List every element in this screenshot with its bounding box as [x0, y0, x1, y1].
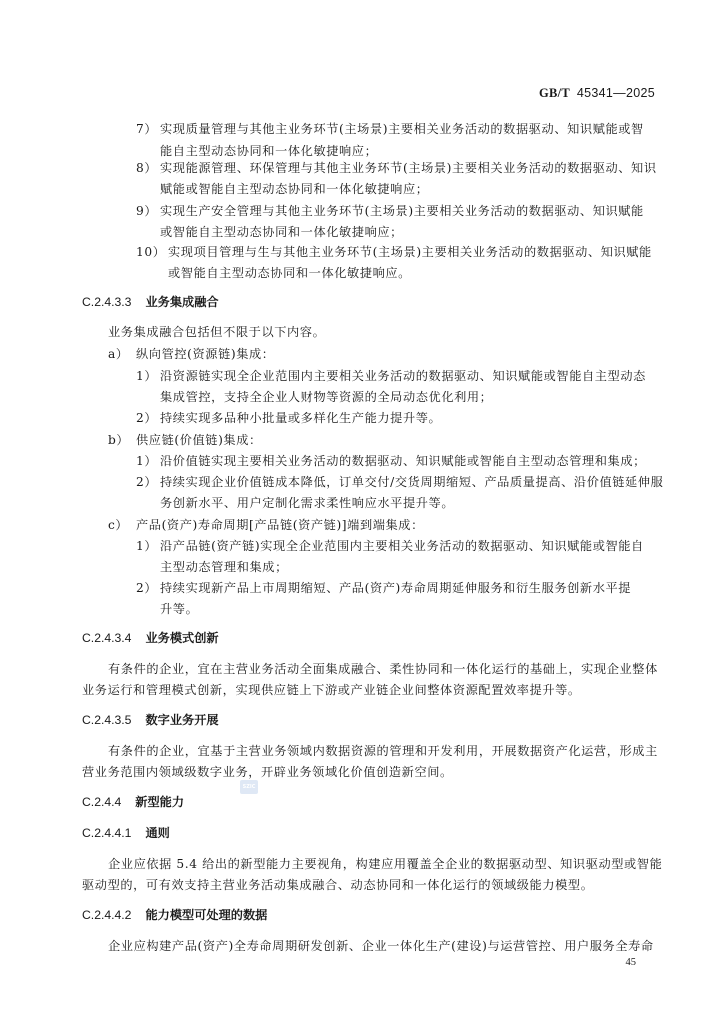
paragraph: 有条件的企业，宜基于主营业务领域内数据资源的管理和开发利用，开展数据资产化运营，… [108, 743, 658, 759]
list-item-8: 8）实现能源管理、环保管理与其他主业务环节(主场景)主要相关业务活动的数据驱动、… [136, 160, 657, 176]
list-item-10-cont: 或智能自主型动态协同和一体化敏捷响应。 [168, 265, 411, 281]
paragraph-cont: 驱动型的，可有效支持主营业务活动集成融合、动态协同和一体化运行的领域级能力模型。 [82, 877, 594, 893]
section-heading-c2442: C.2.4.4.2能力模型可处理的数据 [82, 907, 267, 923]
list-item-a-1: 1）沿资源链实现全企业范围内主要相关业务活动的数据驱动、知识赋能或智能自主型动态 [136, 368, 646, 384]
section-heading-c2433: C.2.4.3.3业务集成融合 [82, 294, 219, 310]
section-heading-c2441: C.2.4.4.1通则 [82, 825, 170, 841]
list-item-7-cont: 能自主型动态协同和一体化敏捷响应； [160, 143, 377, 159]
list-item-c-2-cont: 升等。 [160, 601, 198, 617]
paragraph: 企业应构建产品(资产)全寿命周期研发创新、企业一体化生产(建设)与运营管控、用户… [108, 938, 654, 954]
list-item-a: a）纵向管控(资源链)集成： [108, 346, 275, 362]
standard-header: GB/T 45341—2025 [539, 86, 655, 101]
list-item-9-cont: 或智能自主型动态协同和一体化敏捷响应； [160, 224, 403, 240]
document-page: GB/T 45341—2025 7）实现质量管理与其他主业务环节(主场景)主要相… [0, 0, 727, 1036]
watermark-logo: SZIC [240, 780, 258, 794]
list-item-c: c）产品(资产)寿命周期[产品链(资产链)]端到端集成： [108, 517, 424, 533]
section-heading-c2434: C.2.4.3.4业务模式创新 [82, 630, 219, 646]
standard-prefix: GB/T [539, 86, 570, 100]
list-item-c-1: 1）沿产品链(资产链)实现全企业范围内主要相关业务活动的数据驱动、知识赋能或智能… [136, 538, 644, 554]
list-item-b-2: 2）持续实现企业价值链成本降低，订单交付/交货周期缩短、产品质量提高、沿价值链延… [136, 474, 663, 490]
list-item-8-cont: 赋能或智能自主型动态协同和一体化敏捷响应； [160, 181, 429, 197]
paragraph: 业务集成融合包括但不限于以下内容。 [108, 324, 325, 340]
list-item-b-1: 1）沿价值链实现主要相关业务活动的数据驱动、知识赋能或智能自主型动态管理和集成； [136, 453, 646, 469]
section-heading-c244: C.2.4.4新型能力 [82, 794, 184, 810]
list-item-9: 9）实现生产安全管理与其他主业务环节(主场景)主要相关业务活动的数据驱动、知识赋… [136, 203, 644, 219]
section-heading-c2435: C.2.4.3.5数字业务开展 [82, 712, 219, 728]
paragraph-cont: 业务运行和管理模式创新，实现供应链上下游或产业链企业间整体资源配置效率提升等。 [82, 682, 581, 698]
list-item-a-2: 2）持续实现多品种小批量或多样化生产能力提升等。 [136, 410, 441, 426]
list-item-7: 7）实现质量管理与其他主业务环节(主场景)主要相关业务活动的数据驱动、知识赋能或… [136, 121, 644, 137]
list-item-10: 10）实现项目管理与生与其他主业务环节(主场景)主要相关业务活动的数据驱动、知识… [136, 244, 652, 260]
list-item-b-2-cont: 务创新水平、用户定制化需求柔性响应水平提升等。 [160, 495, 454, 511]
list-item-c-2: 2）持续实现新产品上市周期缩短、产品(资产)寿命周期延伸服务和衍生服务创新水平提 [136, 580, 631, 596]
list-item-c-1-cont: 主型动态管理和集成； [160, 559, 288, 575]
paragraph: 企业应依据 5.4 给出的新型能力主要视角，构建应用覆盖全企业的数据驱动型、知识… [108, 856, 662, 872]
standard-number: 45341—2025 [577, 86, 655, 100]
paragraph: 有条件的企业，宜在主营业务活动全面集成融合、柔性协同和一体化运行的基础上，实现企… [108, 661, 658, 677]
paragraph-cont: 营业务范围内领域级数字业务，开辟业务领域化价值创造新空间。 [82, 764, 453, 780]
page-number: 45 [626, 957, 637, 968]
list-item-b: b）供应链(价值链)集成： [108, 432, 262, 448]
list-item-a-1-cont: 集成管控，支持全企业人财物等资源的全局动态优化利用； [160, 389, 492, 405]
